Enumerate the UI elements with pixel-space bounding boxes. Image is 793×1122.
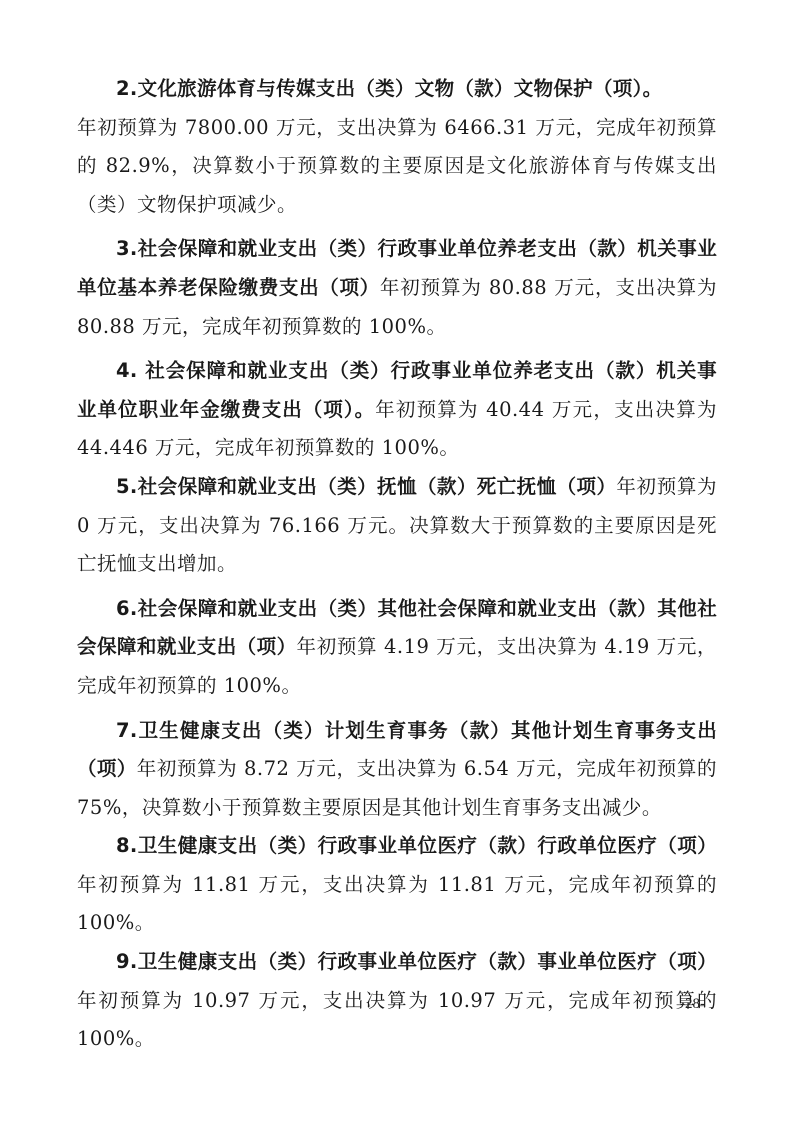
item-heading: 8.卫生健康支出（类）行政事业单位医疗（款）行政单位医疗（项） bbox=[116, 834, 717, 857]
paragraph-item-4: 4. 社会保障和就业支出（类）行政事业单位养老支出（款）机关事业单位职业年金缴费… bbox=[77, 352, 717, 468]
paragraph-item-3: 3.社会保障和就业支出（类）行政事业单位养老支出（款）机关事业单位基本养老保险缴… bbox=[77, 230, 717, 346]
item-body: 年初预算为 8.72 万元，支出决算为 6.54 万元，完成年初预算的 75%，… bbox=[77, 757, 717, 819]
paragraph-item-8: 8.卫生健康支出（类）行政事业单位医疗（款）行政单位医疗（项）年初预算为 11.… bbox=[77, 827, 717, 943]
item-heading: 5.社会保障和就业支出（类）抚恤（款）死亡抚恤（项） bbox=[116, 475, 616, 498]
item-body: 年初预算为 11.81 万元，支出决算为 11.81 万元，完成年初预算的 10… bbox=[77, 873, 717, 935]
item-body: 年初预算为 10.97 万元，支出决算为 10.97 万元，完成年初预算的 10… bbox=[77, 989, 717, 1051]
paragraph-item-7: 7.卫生健康支出（类）计划生育事务（款）其他计划生育事务支出（项）年初预算为 8… bbox=[77, 712, 717, 828]
item-body: 年初预算为 7800.00 万元，支出决算为 6466.31 万元，完成年初预算… bbox=[77, 116, 717, 216]
paragraph-item-6: 6.社会保障和就业支出（类）其他社会保障和就业支出（款）其他社会保障和就业支出（… bbox=[77, 590, 717, 706]
item-heading: 9.卫生健康支出（类）行政事业单位医疗（款）事业单位医疗（项） bbox=[116, 950, 717, 973]
paragraph-item-2: 2.文化旅游体育与传媒支出（类）文物（款）文物保护（项）。年初预算为 7800.… bbox=[77, 70, 717, 224]
item-heading: 2.文化旅游体育与传媒支出（类）文物（款）文物保护（项）。 bbox=[116, 77, 662, 100]
paragraph-item-9: 9.卫生健康支出（类）行政事业单位医疗（款）事业单位医疗（项）年初预算为 10.… bbox=[77, 943, 717, 1059]
paragraph-item-5: 5.社会保障和就业支出（类）抚恤（款）死亡抚恤（项）年初预算为 0 万元，支出决… bbox=[77, 468, 717, 584]
document-page: 2.文化旅游体育与传媒支出（类）文物（款）文物保护（项）。年初预算为 7800.… bbox=[77, 70, 717, 1059]
page-number: -28- bbox=[680, 996, 705, 1013]
